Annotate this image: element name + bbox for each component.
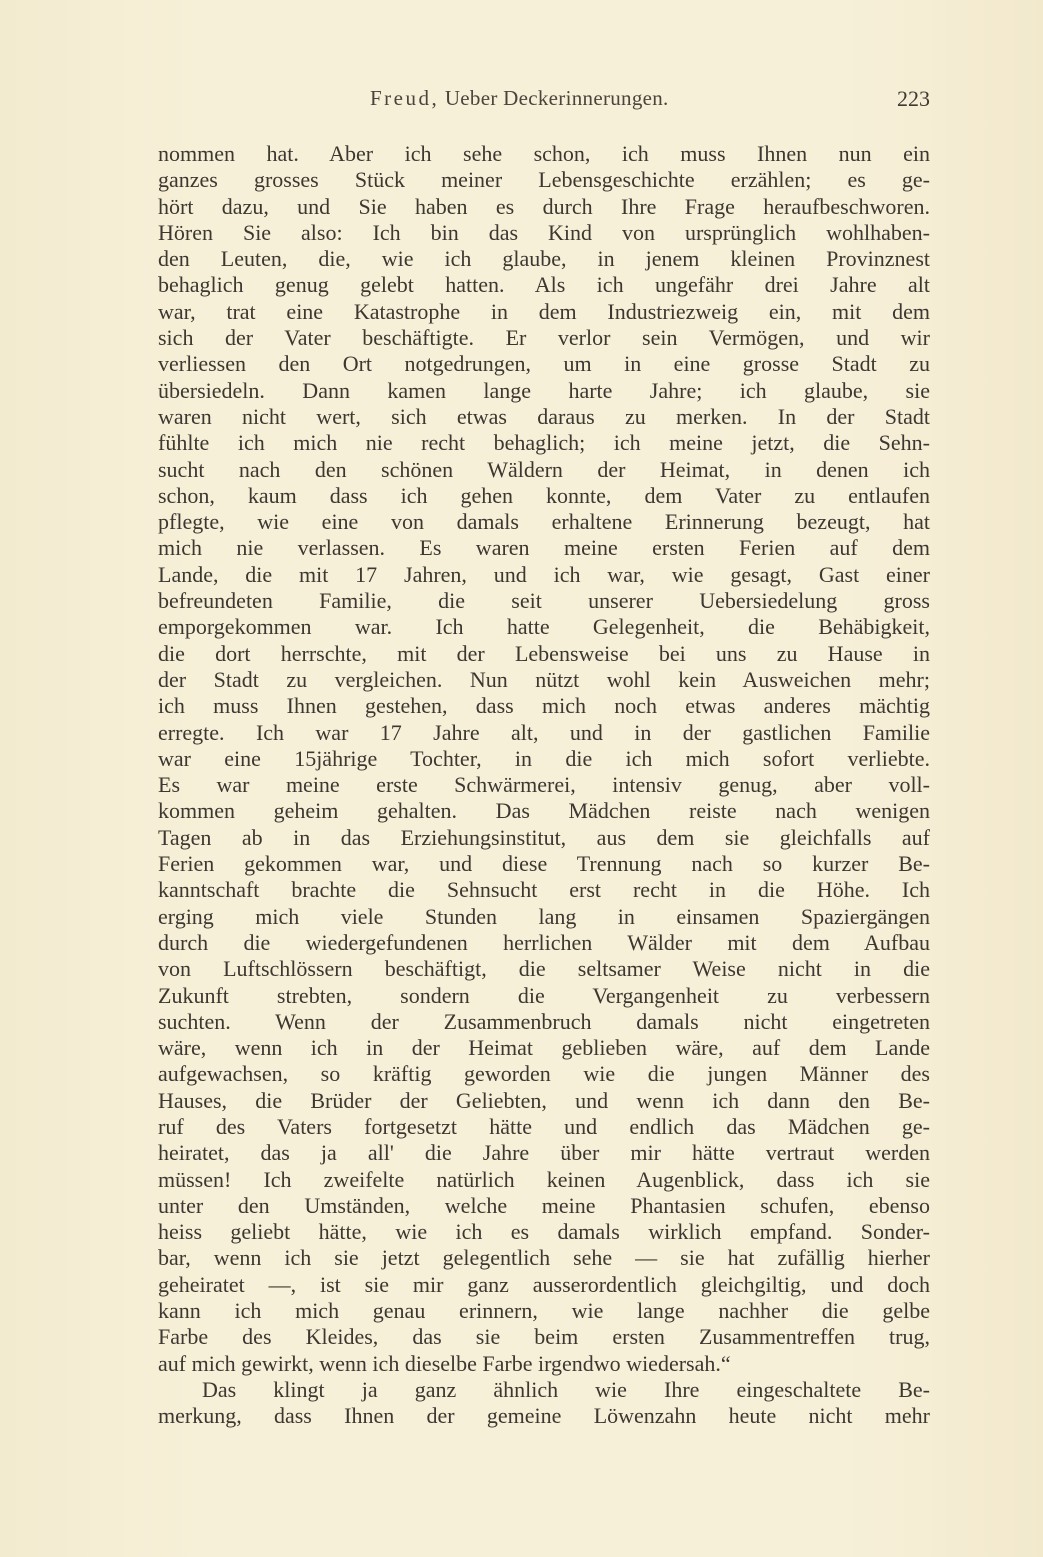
text-line: merkung, dass Ihnen der gemeine Löwenzah… bbox=[158, 1403, 930, 1429]
text-line: durch die wiedergefundenen herrlichen Wä… bbox=[158, 930, 930, 956]
text-line: erging mich viele Stunden lang in einsam… bbox=[158, 904, 930, 930]
text-line-paragraph-start: Das klingt ja ganz ähnlich wie Ihre eing… bbox=[158, 1377, 930, 1403]
running-head: Freud, Ueber Deckerinnerungen. 223 bbox=[158, 86, 930, 114]
text-line: schon, kaum dass ich gehen konnte, dem V… bbox=[158, 483, 930, 509]
text-line: den Leuten, die, wie ich glaube, in jene… bbox=[158, 246, 930, 272]
running-head-author: Freud, bbox=[370, 86, 439, 110]
text-line: war, trat eine Katastrophe in dem Indust… bbox=[158, 299, 930, 325]
text-line: Es war meine erste Schwärmerei, intensiv… bbox=[158, 772, 930, 798]
text-line: Farbe des Kleides, das sie beim ersten Z… bbox=[158, 1324, 930, 1350]
text-line: war eine 15jährige Tochter, in die ich m… bbox=[158, 746, 930, 772]
text-line: fühlte ich mich nie recht behaglich; ich… bbox=[158, 430, 930, 456]
text-line: verliessen den Ort notgedrungen, um in e… bbox=[158, 351, 930, 377]
running-head-title: Freud, Ueber Deckerinnerungen. bbox=[370, 86, 669, 111]
text-line: müssen! Ich zweifelte natürlich keinen A… bbox=[158, 1167, 930, 1193]
text-line: pflegte, wie eine von damals erhaltene E… bbox=[158, 509, 930, 535]
text-line: ruf des Vaters fortgesetzt hätte und end… bbox=[158, 1114, 930, 1140]
text-line: sich der Vater beschäftigte. Er verlor s… bbox=[158, 325, 930, 351]
text-line: befreundeten Familie, die seit unserer U… bbox=[158, 588, 930, 614]
text-line: auf mich gewirkt, wenn ich dieselbe Farb… bbox=[158, 1351, 930, 1377]
text-line: ich muss Ihnen gestehen, dass mich noch … bbox=[158, 693, 930, 719]
text-line: nommen hat. Aber ich sehe schon, ich mus… bbox=[158, 141, 930, 167]
text-line: wäre, wenn ich in der Heimat geblieben w… bbox=[158, 1035, 930, 1061]
text-line: kann ich mich genau erinnern, wie lange … bbox=[158, 1298, 930, 1324]
text-line: Tagen ab in das Erziehungsinstitut, aus … bbox=[158, 825, 930, 851]
text-line: emporgekommen war. Ich hatte Gelegenheit… bbox=[158, 614, 930, 640]
text-line: die dort herrschte, mit der Lebensweise … bbox=[158, 641, 930, 667]
text-line: bar, wenn ich sie jetzt gelegentlich seh… bbox=[158, 1245, 930, 1271]
text-line: suchten. Wenn der Zusammenbruch damals n… bbox=[158, 1009, 930, 1035]
book-page: Freud, Ueber Deckerinnerungen. 223 nomme… bbox=[0, 0, 1043, 1557]
text-line: hört dazu, und Sie haben es durch Ihre F… bbox=[158, 194, 930, 220]
text-line: geheiratet —, ist sie mir ganz ausserord… bbox=[158, 1272, 930, 1298]
running-head-article-title: Ueber Deckerinnerungen. bbox=[445, 86, 669, 110]
text-line: Hauses, die Brüder der Geliebten, und we… bbox=[158, 1088, 930, 1114]
text-line: waren nicht wert, sich etwas daraus zu m… bbox=[158, 404, 930, 430]
text-line: der Stadt zu vergleichen. Nun nützt wohl… bbox=[158, 667, 930, 693]
text-line: mich nie verlassen. Es waren meine erste… bbox=[158, 535, 930, 561]
text-line: Ferien gekommen war, und diese Trennung … bbox=[158, 851, 930, 877]
body-text: nommen hat. Aber ich sehe schon, ich mus… bbox=[158, 141, 930, 1430]
text-line: Lande, die mit 17 Jahren, und ich war, w… bbox=[158, 562, 930, 588]
text-line: unter den Umständen, welche meine Phanta… bbox=[158, 1193, 930, 1219]
text-line: sucht nach den schönen Wäldern der Heima… bbox=[158, 457, 930, 483]
text-line: Hören Sie also: Ich bin das Kind von urs… bbox=[158, 220, 930, 246]
text-line: ganzes grosses Stück meiner Lebensgeschi… bbox=[158, 167, 930, 193]
page-number: 223 bbox=[897, 86, 930, 112]
text-line: erregte. Ich war 17 Jahre alt, und in de… bbox=[158, 720, 930, 746]
text-line: Zukunft strebten, sondern die Vergangenh… bbox=[158, 983, 930, 1009]
text-line: von Luftschlössern beschäftigt, die selt… bbox=[158, 956, 930, 982]
text-line: behaglich genug gelebt hatten. Als ich u… bbox=[158, 272, 930, 298]
text-line: übersiedeln. Dann kamen lange harte Jahr… bbox=[158, 378, 930, 404]
text-line: kanntschaft brachte die Sehnsucht erst r… bbox=[158, 877, 930, 903]
text-line: heiss geliebt hätte, wie ich es damals w… bbox=[158, 1219, 930, 1245]
text-line: kommen geheim gehalten. Das Mädchen reis… bbox=[158, 798, 930, 824]
text-line: heiratet, das ja all' die Jahre über mir… bbox=[158, 1140, 930, 1166]
text-line: aufgewachsen, so kräftig geworden wie di… bbox=[158, 1061, 930, 1087]
